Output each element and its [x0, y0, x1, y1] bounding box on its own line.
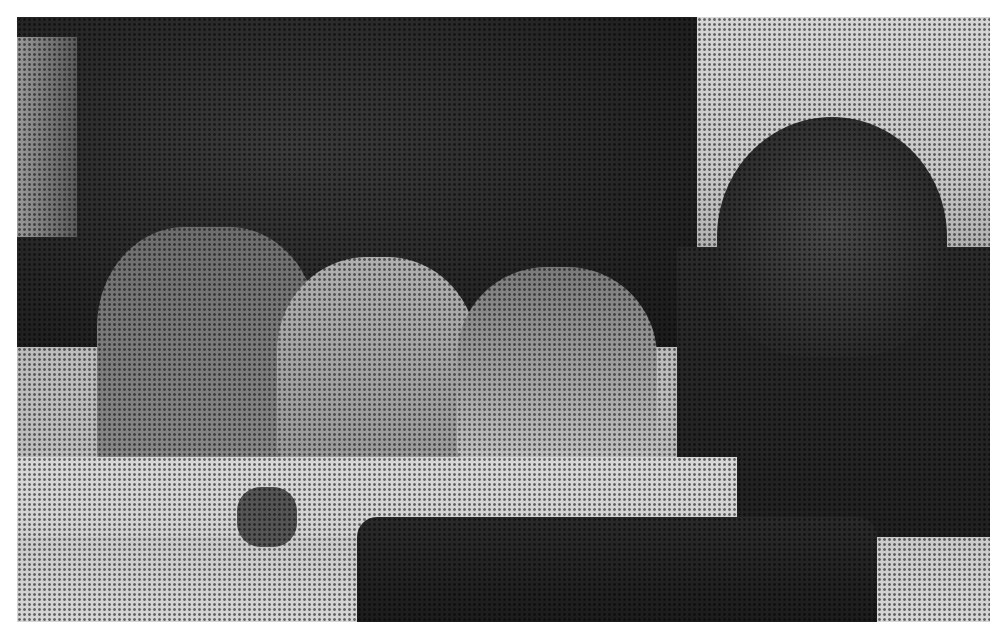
dark-foreground-object	[357, 517, 877, 622]
person-right-head	[717, 117, 947, 357]
object-on-table	[237, 487, 297, 547]
person-center	[457, 267, 657, 467]
person-middle	[277, 257, 477, 467]
left-edge-highlight	[17, 37, 77, 237]
halftone-photograph	[17, 17, 990, 622]
